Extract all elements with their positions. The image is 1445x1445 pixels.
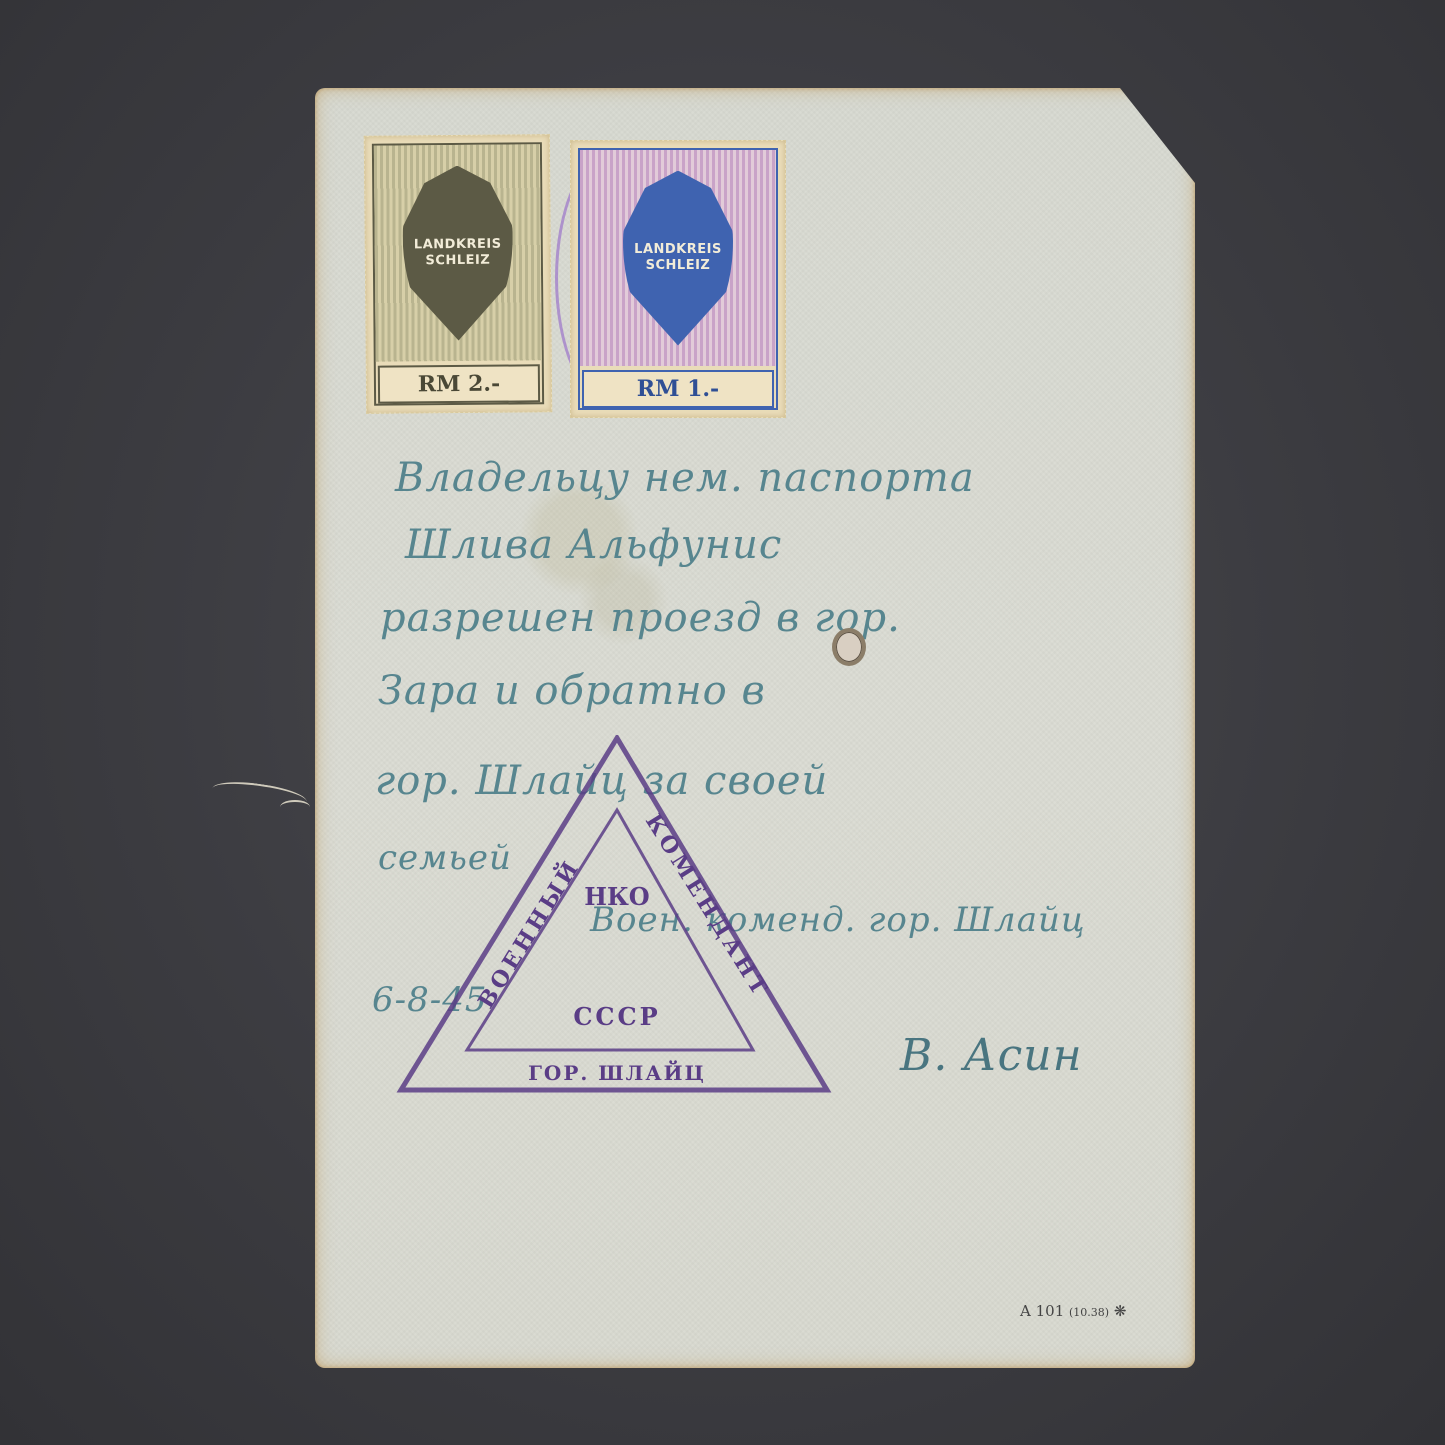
svg-text:ГОР. ШЛАЙЦ: ГОР. ШЛАЙЦ [528,1059,706,1085]
handwritten-line: Зара и обратно в [378,668,766,714]
grommet-hole [832,628,866,666]
svg-text:ВОЕННЫЙ: ВОЕННЫЙ [470,853,585,1014]
stamp-issuer-line1: LANDKREIS [414,237,502,254]
loose-thread [280,800,310,814]
handwritten-line: Владельцу нем. паспорта [395,455,975,501]
form-code: A 101 [1020,1302,1064,1320]
stamp-value: RM 2.- [378,364,540,403]
revenue-stamp-rm2: LANDKREIS SCHLEIZ RM 2.- [364,134,552,414]
svg-text:НКО: НКО [584,882,649,911]
form-edition: (10.38) [1069,1306,1109,1319]
handwritten-line: Шлива Альфунис [405,522,782,568]
ornament-icon: LANDKREIS SCHLEIZ [623,171,733,346]
ornament-icon: LANDKREIS SCHLEIZ [402,165,514,341]
revenue-stamp-rm1: LANDKREIS SCHLEIZ RM 1.- [570,140,786,418]
form-print-mark: A 101 (10.38) ❋ [1020,1302,1126,1320]
stamp-issuer-line2: SCHLEIZ [425,253,490,270]
svg-text:КОМЕНДАНТ: КОМЕНДАНТ [640,809,774,1002]
eagle-seal-icon: ❋ [1114,1302,1127,1320]
stamp-value: RM 1.- [582,370,774,408]
handwritten-line: разрешен проезд в гор. [380,595,901,641]
stamp-issuer-line1: LANDKREIS [634,242,722,258]
stamp-issuer-line2: SCHLEIZ [646,258,711,274]
svg-text:СССР: СССР [573,1002,660,1031]
signature: В. Асин [900,1030,1083,1081]
commandant-stamp: ВОЕННЫЙ КОМЕНДАНТ НКО СССР ГОР. ШЛАЙЦ [395,735,835,1100]
